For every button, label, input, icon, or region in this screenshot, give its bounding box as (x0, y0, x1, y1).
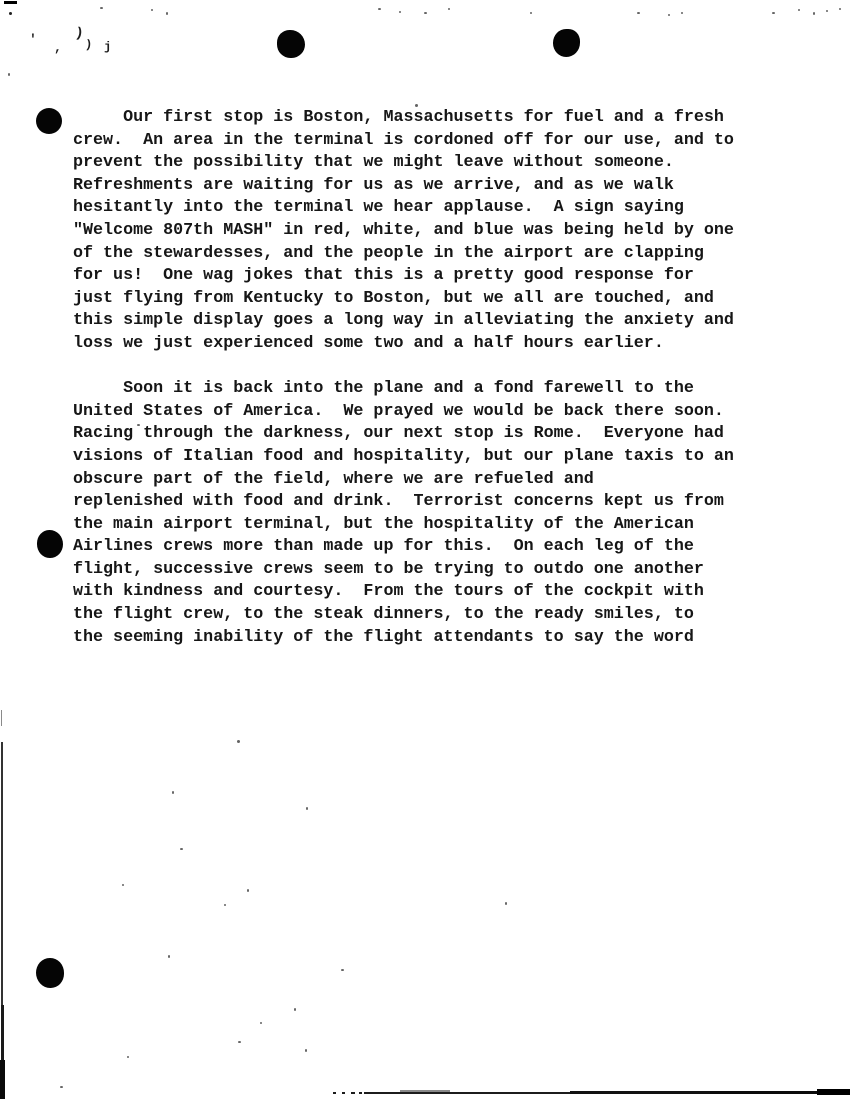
punch-dot-top-right (553, 29, 580, 57)
punch-dot-top-left (277, 30, 305, 58)
scan-noise-speck (237, 740, 240, 743)
scan-noise-speck (637, 12, 640, 14)
punch-dot-margin-upper (36, 108, 62, 134)
scan-noise-speck (166, 12, 168, 15)
scan-noise-speck (530, 12, 532, 14)
bottom-scan-line-dash (359, 1092, 362, 1094)
scan-noise-speck (180, 848, 183, 850)
stray-mark: , (54, 41, 62, 54)
stray-mark: ) (74, 26, 84, 41)
scan-noise-speck (247, 889, 249, 892)
left-edge-scan-line (1, 1005, 4, 1060)
scanned-document-page: ' ) , ) j Our first stop is Boston, Mass… (0, 0, 850, 1099)
scan-noise-speck (813, 12, 815, 15)
stray-mark: ) (84, 39, 92, 52)
punch-dot-margin-middle (37, 530, 63, 558)
bottom-scan-line (817, 1089, 850, 1095)
bottom-scan-line-clump (400, 1090, 450, 1092)
scan-noise-speck (127, 1056, 129, 1058)
bottom-scan-line (710, 1091, 817, 1094)
scan-noise-speck (798, 9, 800, 11)
scan-noise-speck (137, 424, 140, 426)
left-edge-scan-line (1, 742, 3, 1005)
punch-dot-margin-lower (36, 958, 64, 988)
scan-noise-speck (168, 955, 170, 958)
bottom-scan-line-dash (333, 1092, 336, 1094)
scan-noise-speck (100, 7, 103, 9)
stray-mark: ' (29, 33, 37, 46)
scan-noise-speck (260, 1022, 262, 1024)
corner-dash-mark (4, 1, 17, 4)
left-edge-scan-line (1, 710, 2, 726)
scan-noise-speck (399, 11, 401, 13)
scan-noise-speck (172, 791, 174, 794)
scan-noise-speck (151, 9, 153, 11)
scan-noise-speck (839, 8, 841, 10)
scan-noise-speck (448, 8, 450, 10)
scan-noise-speck (341, 969, 344, 971)
scan-noise-speck (826, 10, 828, 12)
scan-noise-speck (415, 104, 418, 107)
scan-noise-speck (424, 12, 427, 14)
scan-noise-speck (772, 12, 775, 14)
scan-noise-speck (60, 1086, 63, 1088)
scan-noise-speck (224, 904, 226, 906)
scan-noise-speck (305, 1049, 307, 1052)
corner-dot-mark (9, 12, 12, 15)
scan-noise-speck (306, 807, 308, 810)
bottom-scan-line (364, 1092, 570, 1094)
scan-noise-speck (668, 14, 670, 16)
document-text: Our first stop is Boston, Massachusetts … (73, 107, 734, 649)
scan-noise-speck (681, 12, 683, 14)
bottom-scan-line (570, 1091, 710, 1094)
scan-noise-speck (294, 1008, 296, 1011)
scan-noise-speck (505, 902, 507, 905)
scan-noise-speck (8, 73, 10, 76)
bottom-scan-line-dash (351, 1092, 355, 1094)
stray-mark: j (104, 41, 111, 53)
scan-noise-speck (238, 1041, 241, 1043)
bottom-scan-line-dash (342, 1092, 345, 1094)
scan-noise-speck (122, 884, 124, 886)
left-edge-scan-line (0, 1060, 5, 1099)
scan-noise-speck (378, 8, 381, 10)
